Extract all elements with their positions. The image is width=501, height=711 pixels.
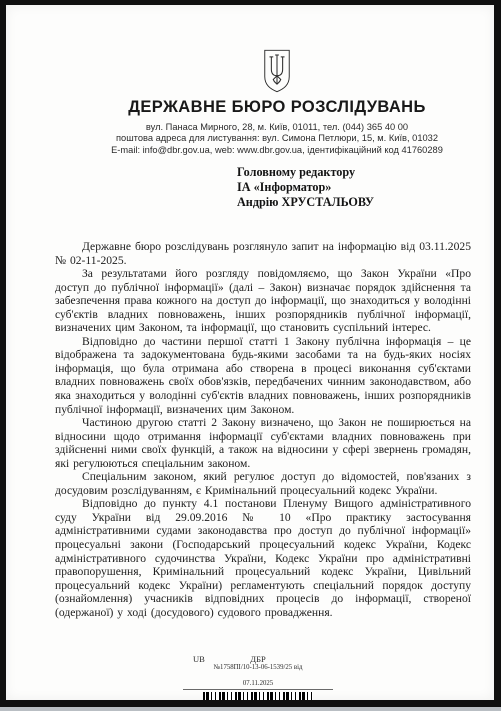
barcode-icon [203, 692, 313, 700]
body-paragraph: Відповідно до пункту 4.1 постанови Плену… [55, 497, 471, 619]
stamp-reg-number: №1758ПІ/10-13-06-1539/25 від [143, 664, 373, 672]
org-address-line: E-mail: info@dbr.gov.ua, web: www.dbr.go… [33, 145, 494, 156]
org-address-line: поштова адреса для листування: вул. Симо… [33, 133, 494, 144]
letter-body: Державне бюро розслідувань розглянуло за… [55, 240, 471, 619]
letterhead: ДЕРЖАВНЕ БЮРО РОЗСЛІДУВАНЬ вул. Панаса М… [33, 5, 494, 156]
stamp-reg-date: 07.11.2025 [183, 680, 333, 690]
background-surface [0, 707, 501, 711]
recipient-line: ІА «Інформатор» [237, 180, 374, 195]
body-paragraph: За результатами його розгляду повідомляє… [55, 267, 471, 335]
org-address: вул. Панаса Мирного, 28, м. Київ, 01011,… [33, 122, 494, 156]
stamp-ub-label: UB [193, 654, 205, 664]
recipient-block: Головному редактору ІА «Інформатор» Андр… [237, 165, 374, 211]
document-page: ДЕРЖАВНЕ БЮРО РОЗСЛІДУВАНЬ вул. Панаса М… [6, 5, 494, 700]
registration-stamp: UB ДБР №1758ПІ/10-13-06-1539/25 від 07.1… [143, 654, 373, 700]
body-paragraph: Частиною другою статті 2 Закону визначен… [55, 416, 471, 470]
stamp-org-abbr: ДБР [250, 654, 265, 664]
org-name: ДЕРЖАВНЕ БЮРО РОЗСЛІДУВАНЬ [33, 98, 494, 117]
body-paragraph: Відповідно до частини першої статті 1 За… [55, 335, 471, 416]
recipient-line: Андрію ХРУСТАЛЬОВУ [237, 195, 374, 210]
body-paragraph: Державне бюро розслідувань розглянуло за… [55, 240, 471, 267]
org-address-line: вул. Панаса Мирного, 28, м. Київ, 01011,… [33, 122, 494, 133]
photographed-letter: { "letterhead": { "org_name": "ДЕРЖАВНЕ … [0, 0, 501, 711]
trident-emblem-icon [261, 48, 293, 94]
body-paragraph: Спеціальним законом, який регулює доступ… [55, 470, 471, 497]
recipient-line: Головному редактору [237, 165, 374, 180]
